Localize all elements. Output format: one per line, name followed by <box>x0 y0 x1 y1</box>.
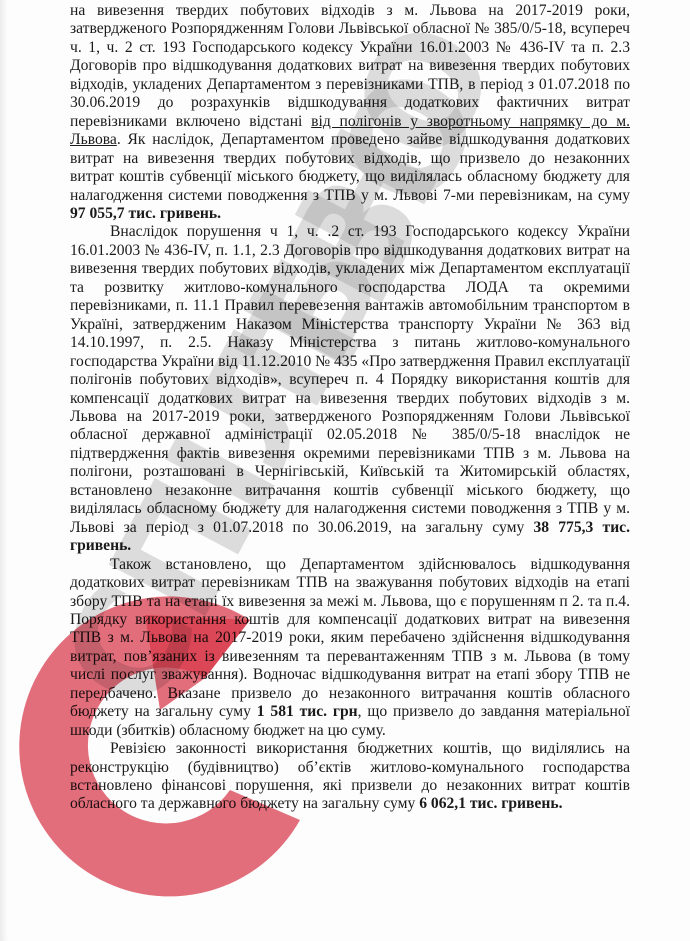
text-run: . Як наслідок, Департаментом проведено з… <box>70 131 630 203</box>
paragraph: Внаслідок порушення ч 1, ч. .2 ст. 193 Г… <box>70 223 630 555</box>
amount-highlight: 6 062,1 тис. гривень. <box>419 795 562 812</box>
amount-highlight: 1 581 тис. грн <box>257 703 358 720</box>
document-page: на вивезення твердих побутових відходів … <box>0 0 690 941</box>
document-body: на вивезення твердих побутових відходів … <box>70 2 630 814</box>
text-run: Також встановлено, що Департаментом здій… <box>70 556 630 721</box>
paragraph: Також встановлено, що Департаментом здій… <box>70 556 630 741</box>
text-run: Внаслідок порушення ч 1, ч. .2 ст. 193 Г… <box>70 223 630 535</box>
paragraph: Ревізією законності використання бюджетн… <box>70 740 630 814</box>
scan-edge-shadow <box>0 0 8 941</box>
text-run: на вивезення твердих побутових відходів … <box>70 2 630 130</box>
amount-highlight: 97 055,7 тис. гривень. <box>70 205 221 222</box>
paragraph: на вивезення твердих побутових відходів … <box>70 2 630 223</box>
